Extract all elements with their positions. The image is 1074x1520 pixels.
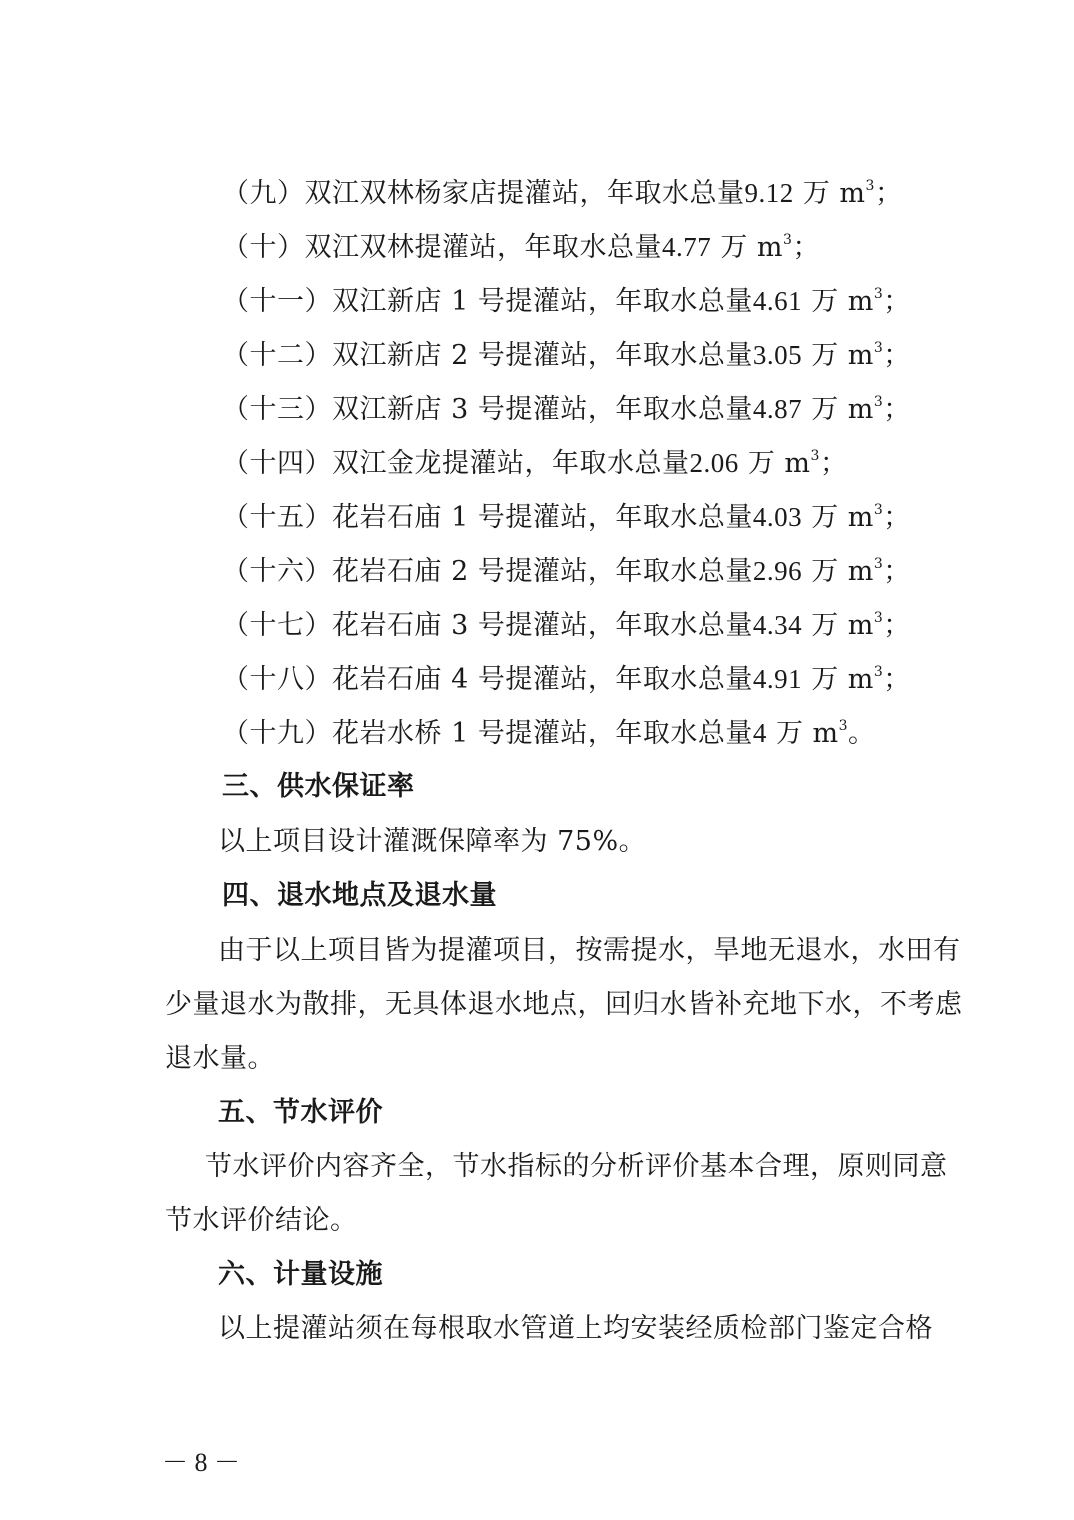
unit-superscript: 3 [811, 448, 820, 464]
unit-superscript: 3 [874, 286, 883, 302]
item-unit: 万 m [811, 502, 874, 533]
list-item: （十七）花岩石庙 3 号提灌站，年取水总量4.34 万 m3； [222, 607, 911, 644]
section-heading-drainage: 四、退水地点及退水量 [222, 878, 497, 914]
page-number: － 8 － [162, 1445, 240, 1481]
item-punct: ； [883, 286, 911, 317]
list-item: （十六）花岩石庙 2 号提灌站，年取水总量2.96 万 m3； [222, 553, 911, 590]
item-amount: 4.03 [753, 502, 802, 532]
item-punct: ； [883, 556, 911, 587]
item-amount: 4.91 [753, 664, 802, 694]
item-unit: 万 m [811, 664, 874, 695]
list-item: （九）双江双林杨家店提灌站，年取水总量9.12 万 m3； [222, 175, 902, 212]
item-label: （十一）双江新店 1 号提灌站，年取水总量 [222, 286, 753, 317]
item-amount: 3.05 [753, 340, 802, 370]
item-punct: ； [820, 448, 848, 479]
section-heading-supply-guarantee: 三、供水保证率 [222, 769, 415, 805]
list-item: （十九）花岩水桥 1 号提灌站，年取水总量4 万 m3。 [222, 715, 876, 752]
list-item: （十一）双江新店 1 号提灌站，年取水总量4.61 万 m3； [222, 283, 911, 320]
item-label: （十二）双江新店 2 号提灌站，年取水总量 [222, 340, 753, 371]
item-amount: 4 [753, 718, 767, 748]
item-label: （十六）花岩石庙 2 号提灌站，年取水总量 [222, 556, 753, 587]
unit-superscript: 3 [874, 502, 883, 518]
item-amount: 2.96 [753, 556, 802, 586]
item-label: （十三）双江新店 3 号提灌站，年取水总量 [222, 394, 753, 425]
item-label: （十九）花岩水桥 1 号提灌站，年取水总量 [222, 718, 753, 749]
unit-superscript: 3 [874, 394, 883, 410]
item-unit: 万 m [811, 340, 874, 371]
paragraph-line: 节水评价结论。 [165, 1203, 358, 1239]
unit-superscript: 3 [874, 340, 883, 356]
item-punct: ； [875, 178, 903, 209]
item-unit: 万 m [803, 178, 866, 209]
item-label: （十七）花岩石庙 3 号提灌站，年取水总量 [222, 610, 753, 641]
list-item: （十四）双江金龙提灌站，年取水总量2.06 万 m3； [222, 445, 847, 482]
item-unit: 万 m [748, 448, 811, 479]
unit-superscript: 3 [839, 718, 848, 734]
item-amount: 4.87 [753, 394, 802, 424]
paragraph-line: 节水评价内容齐全，节水指标的分析评价基本合理，原则同意 [205, 1149, 948, 1185]
paragraph-line: 以上项目设计灌溉保障率为 75%。 [218, 824, 646, 860]
section-heading-metering: 六、计量设施 [218, 1257, 383, 1293]
item-punct: ； [883, 340, 911, 371]
item-amount: 4.61 [753, 286, 802, 316]
list-item: （十五）花岩石庙 1 号提灌站，年取水总量4.03 万 m3； [222, 499, 911, 536]
item-unit: 万 m [811, 394, 874, 425]
item-punct: ； [883, 502, 911, 533]
list-item: （十二）双江新店 2 号提灌站，年取水总量3.05 万 m3； [222, 337, 911, 374]
list-item: （十）双江双林提灌站，年取水总量4.77 万 m3； [222, 229, 820, 266]
paragraph-line: 退水量。 [165, 1041, 275, 1077]
item-label: （十）双江双林提灌站，年取水总量 [222, 232, 662, 263]
item-amount: 4.34 [753, 610, 802, 640]
item-label: （十五）花岩石庙 1 号提灌站，年取水总量 [222, 502, 753, 533]
item-punct: 。 [848, 718, 876, 749]
unit-superscript: 3 [874, 610, 883, 626]
item-unit: 万 m [811, 610, 874, 641]
item-label: （十四）双江金龙提灌站，年取水总量 [222, 448, 690, 479]
item-unit: 万 m [720, 232, 783, 263]
item-unit: 万 m [811, 286, 874, 317]
item-amount: 9.12 [745, 178, 794, 208]
document-page: （九）双江双林杨家店提灌站，年取水总量9.12 万 m3； （十）双江双林提灌站… [0, 0, 1074, 1520]
item-punct: ； [883, 394, 911, 425]
paragraph-line: 以上提灌站须在每根取水管道上均安装经质检部门鉴定合格 [218, 1311, 933, 1347]
item-punct: ； [883, 610, 911, 641]
item-unit: 万 m [776, 718, 839, 749]
list-item: （十三）双江新店 3 号提灌站，年取水总量4.87 万 m3； [222, 391, 911, 428]
paragraph-line: 少量退水为散排，无具体退水地点，回归水皆补充地下水，不考虑 [165, 987, 963, 1023]
unit-superscript: 3 [874, 664, 883, 680]
item-punct: ； [792, 232, 820, 263]
unit-superscript: 3 [874, 556, 883, 572]
unit-superscript: 3 [866, 178, 875, 194]
paragraph-line: 由于以上项目皆为提灌项目，按需提水，旱地无退水，水田有 [218, 933, 961, 969]
item-label: （十八）花岩石庙 4 号提灌站，年取水总量 [222, 664, 753, 695]
list-item: （十八）花岩石庙 4 号提灌站，年取水总量4.91 万 m3； [222, 661, 911, 698]
item-amount: 2.06 [690, 448, 739, 478]
item-label: （九）双江双林杨家店提灌站，年取水总量 [222, 178, 745, 209]
item-punct: ； [883, 664, 911, 695]
item-amount: 4.77 [662, 232, 711, 262]
section-heading-water-saving: 五、节水评价 [218, 1095, 383, 1131]
item-unit: 万 m [811, 556, 874, 587]
